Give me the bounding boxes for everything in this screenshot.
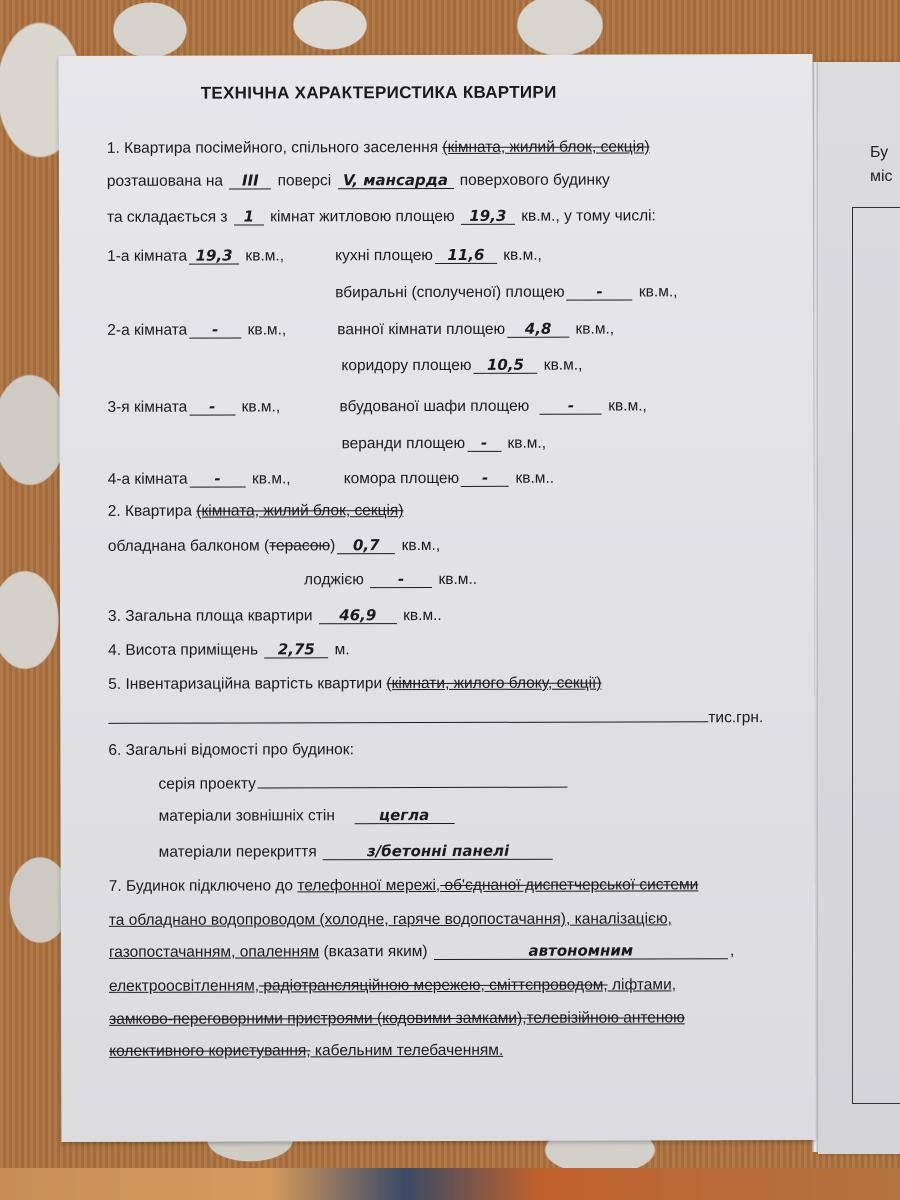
section7-line1: 7. Будинок підключено до телефонної мере… bbox=[109, 876, 699, 896]
section5-line1: 5. Інвентаризаційна вартість квартири (к… bbox=[108, 675, 601, 694]
label: 5. Інвентаризаційна вартість квартири bbox=[108, 675, 386, 693]
unit: кв.м., bbox=[639, 283, 678, 300]
label: поверхового будинку bbox=[455, 172, 609, 189]
loggia-row: лоджією - кв.м.. bbox=[304, 571, 477, 589]
label: серія проекту bbox=[158, 775, 255, 792]
struck-text: терасою bbox=[269, 537, 330, 554]
section7-line6: колективного користування, кабельним тел… bbox=[109, 1042, 503, 1061]
label: кімнат житловою площею bbox=[266, 208, 459, 226]
right-page-text-2: міс bbox=[870, 168, 893, 186]
kitchen-row: кухні площею11,6 кв.м., bbox=[335, 247, 542, 266]
unit: кв.м., bbox=[248, 321, 287, 338]
label: поверсі bbox=[273, 172, 335, 189]
room4-row: 4-а кімната- кв.м., bbox=[108, 470, 291, 488]
section7-line2: та обладнано водопроводом (холодне, гаря… bbox=[109, 910, 672, 929]
label: 4-а кімната bbox=[108, 471, 188, 488]
section7-line3: газопостачанням, опаленням (вказати яким… bbox=[109, 942, 734, 962]
label: матеріали зовнішніх стін bbox=[159, 807, 335, 824]
section1-line2: розташована на III поверсі V, мансарда п… bbox=[107, 172, 610, 191]
label: 2-а кімната bbox=[107, 322, 187, 339]
unit: кв.м., bbox=[608, 397, 647, 414]
veranda-area-field[interactable]: - bbox=[467, 435, 501, 452]
selected-text: ліфтами, bbox=[608, 976, 676, 993]
selected-text: кабельним телебаченням. bbox=[311, 1042, 504, 1060]
floor-field[interactable]: III bbox=[229, 172, 271, 189]
selected-text: та обладнано водопроводом (холодне, гаря… bbox=[109, 910, 672, 928]
closet-row: вбудованої шафи площею - кв.м., bbox=[339, 397, 646, 416]
struck-text: замково-переговорними пристроями (кодови… bbox=[109, 1010, 526, 1028]
label: 1-а кімната bbox=[107, 248, 187, 265]
document: ТЕХНІЧНА ХАРАКТЕРИСТИКА КВАРТИРИ 1. Квар… bbox=[59, 54, 813, 56]
bathroom-row: ванної кімнати площею4,8 кв.м., bbox=[337, 321, 614, 340]
section7-line4: електроосвітленням, радіотрансляційною м… bbox=[109, 976, 676, 995]
struck-text: (кімната, жилий блок, секція) bbox=[442, 138, 649, 156]
label: ) bbox=[330, 537, 335, 554]
walls-row: матеріали зовнішніх стін цегла bbox=[159, 807, 457, 826]
table-surface bbox=[0, 1168, 900, 1200]
selected-text: телефонної мережі, bbox=[297, 877, 440, 894]
unit: кв.м., bbox=[507, 435, 546, 452]
veranda-row: веранди площею- кв.м., bbox=[342, 435, 546, 454]
right-page-box bbox=[852, 207, 900, 1104]
label: розташована на bbox=[107, 173, 227, 190]
total-area-field[interactable]: 46,9 bbox=[319, 607, 397, 624]
section6-heading: 6. Загальні відомості про будинок: bbox=[108, 741, 354, 760]
toilet-area-field[interactable]: - bbox=[567, 283, 633, 300]
selected-text: електроосвітленням, bbox=[109, 977, 259, 994]
slabs-material-field[interactable]: з/бетонні панелі bbox=[323, 843, 553, 861]
unit: м. bbox=[335, 641, 350, 658]
unit: кв.м., bbox=[503, 247, 542, 264]
unit: кв.м.. bbox=[515, 470, 554, 487]
right-page: Бу міс bbox=[818, 62, 900, 1154]
project-series-field[interactable] bbox=[258, 787, 568, 789]
heating-type-field[interactable]: автономним bbox=[434, 942, 728, 960]
room2-area-field[interactable]: - bbox=[189, 322, 241, 339]
unit: кв.м., bbox=[245, 247, 284, 264]
label: лоджією bbox=[304, 571, 364, 588]
label: та складається з bbox=[107, 209, 232, 226]
bathroom-area-field[interactable]: 4,8 bbox=[507, 321, 569, 338]
section1-text: 1. Квартира посімейного, спільного засел… bbox=[107, 139, 443, 157]
label: 4. Висота приміщень bbox=[108, 641, 258, 658]
room1-row: 1-а кімната19,3 кв.м., bbox=[107, 247, 284, 265]
walls-material-field[interactable]: цегла bbox=[354, 807, 454, 824]
struck-text: радіотрансляційною мережею, сміттєпровод… bbox=[259, 977, 608, 995]
inventory-value-row: тис.грн. bbox=[108, 707, 763, 729]
room4-area-field[interactable]: - bbox=[190, 471, 246, 488]
struck-text: колективного користування, bbox=[109, 1042, 310, 1060]
balcony-row: обладнана балконом (терасою)0,7 кв.м., bbox=[108, 537, 440, 556]
left-page: ТЕХНІЧНА ХАРАКТЕРИСТИКА КВАРТИРИ 1. Квар… bbox=[59, 54, 816, 1142]
label: вбудованої шафи площею bbox=[339, 398, 529, 415]
slabs-row: матеріали перекриття з/бетонні панелі bbox=[159, 843, 555, 862]
unit: кв.м.. bbox=[438, 571, 477, 588]
struck-text: (кімнати, жилого блоку, секції) bbox=[386, 675, 601, 693]
unit: кв.м., bbox=[242, 398, 281, 415]
label: ванної кімнати площею bbox=[337, 321, 505, 338]
project-series-row: серія проекту bbox=[158, 775, 569, 794]
document-title: ТЕХНІЧНА ХАРАКТЕРИСТИКА КВАРТИРИ bbox=[201, 83, 557, 104]
storage-row: комора площею- кв.м.. bbox=[344, 470, 554, 489]
corridor-row: коридору площею10,5 кв.м., bbox=[341, 357, 582, 376]
ceiling-height-row: 4. Висота приміщень 2,75 м. bbox=[108, 641, 350, 660]
label: кв.м., у тому числі: bbox=[517, 207, 656, 224]
room2-row: 2-а кімната- кв.м., bbox=[107, 321, 286, 339]
room1-area-field[interactable]: 19,3 bbox=[189, 248, 239, 265]
section7-line5: замково-переговорними пристроями (кодови… bbox=[109, 1009, 685, 1029]
struck-text: (кімната, жилий блок, секція) bbox=[196, 502, 403, 520]
unit: тис.грн. bbox=[708, 709, 763, 726]
unit: кв.м.. bbox=[403, 607, 442, 624]
label: кухні площею bbox=[335, 247, 433, 264]
label: обладнана балконом ( bbox=[108, 537, 269, 554]
unit: кв.м., bbox=[544, 357, 583, 374]
right-page-text-1: Бу bbox=[870, 144, 888, 162]
label: матеріали перекриття bbox=[159, 843, 317, 860]
building-floors-field[interactable]: V, мансарда bbox=[337, 172, 453, 189]
living-area-field[interactable]: 19,3 bbox=[461, 208, 515, 225]
balcony-area-field[interactable]: 0,7 bbox=[337, 537, 395, 554]
label: комора площею bbox=[344, 470, 460, 487]
label: 7. Будинок підключено до bbox=[109, 877, 298, 894]
label: 3. Загальна площа квартири bbox=[108, 607, 312, 625]
section1-line1: 1. Квартира посімейного, спільного засел… bbox=[107, 138, 650, 157]
closet-area-field[interactable]: - bbox=[540, 398, 602, 415]
section2-line1: 2. Квартира (кімната, жилий блок, секція… bbox=[108, 502, 404, 521]
struck-text: телевізійною антеною bbox=[526, 1009, 684, 1026]
label: 2. Квартира bbox=[108, 503, 197, 520]
unit: кв.м., bbox=[402, 537, 441, 554]
inventory-value-field[interactable] bbox=[108, 707, 708, 724]
label: (вказати яким) bbox=[319, 943, 432, 960]
section1-line3: та складається з 1 кімнат житловою площе… bbox=[107, 207, 656, 226]
label: веранди площею bbox=[342, 435, 466, 452]
unit: кв.м., bbox=[252, 470, 291, 487]
selected-text: газопостачанням, опаленням bbox=[109, 943, 319, 961]
kitchen-area-field[interactable]: 11,6 bbox=[435, 247, 497, 264]
label: 3-я кімната bbox=[107, 399, 187, 416]
room3-row: 3-я кімната- кв.м., bbox=[107, 398, 280, 416]
label: коридору площею bbox=[341, 357, 471, 374]
ceiling-height-field[interactable]: 2,75 bbox=[264, 641, 328, 658]
loggia-area-field[interactable]: - bbox=[370, 571, 432, 588]
unit: кв.м., bbox=[575, 321, 614, 338]
label: , bbox=[730, 942, 734, 959]
label: вбиральні (сполученої) площею bbox=[335, 284, 564, 302]
struck-text: об'єднаної диспетчерської системи bbox=[440, 876, 698, 894]
corridor-area-field[interactable]: 10,5 bbox=[473, 357, 537, 374]
rooms-count-field[interactable]: 1 bbox=[234, 208, 264, 225]
room3-area-field[interactable]: - bbox=[189, 399, 235, 416]
total-area-row: 3. Загальна площа квартири 46,9 кв.м.. bbox=[108, 607, 442, 626]
toilet-row: вбиральні (сполученої) площею- кв.м., bbox=[335, 283, 677, 302]
storage-area-field[interactable]: - bbox=[461, 470, 509, 487]
